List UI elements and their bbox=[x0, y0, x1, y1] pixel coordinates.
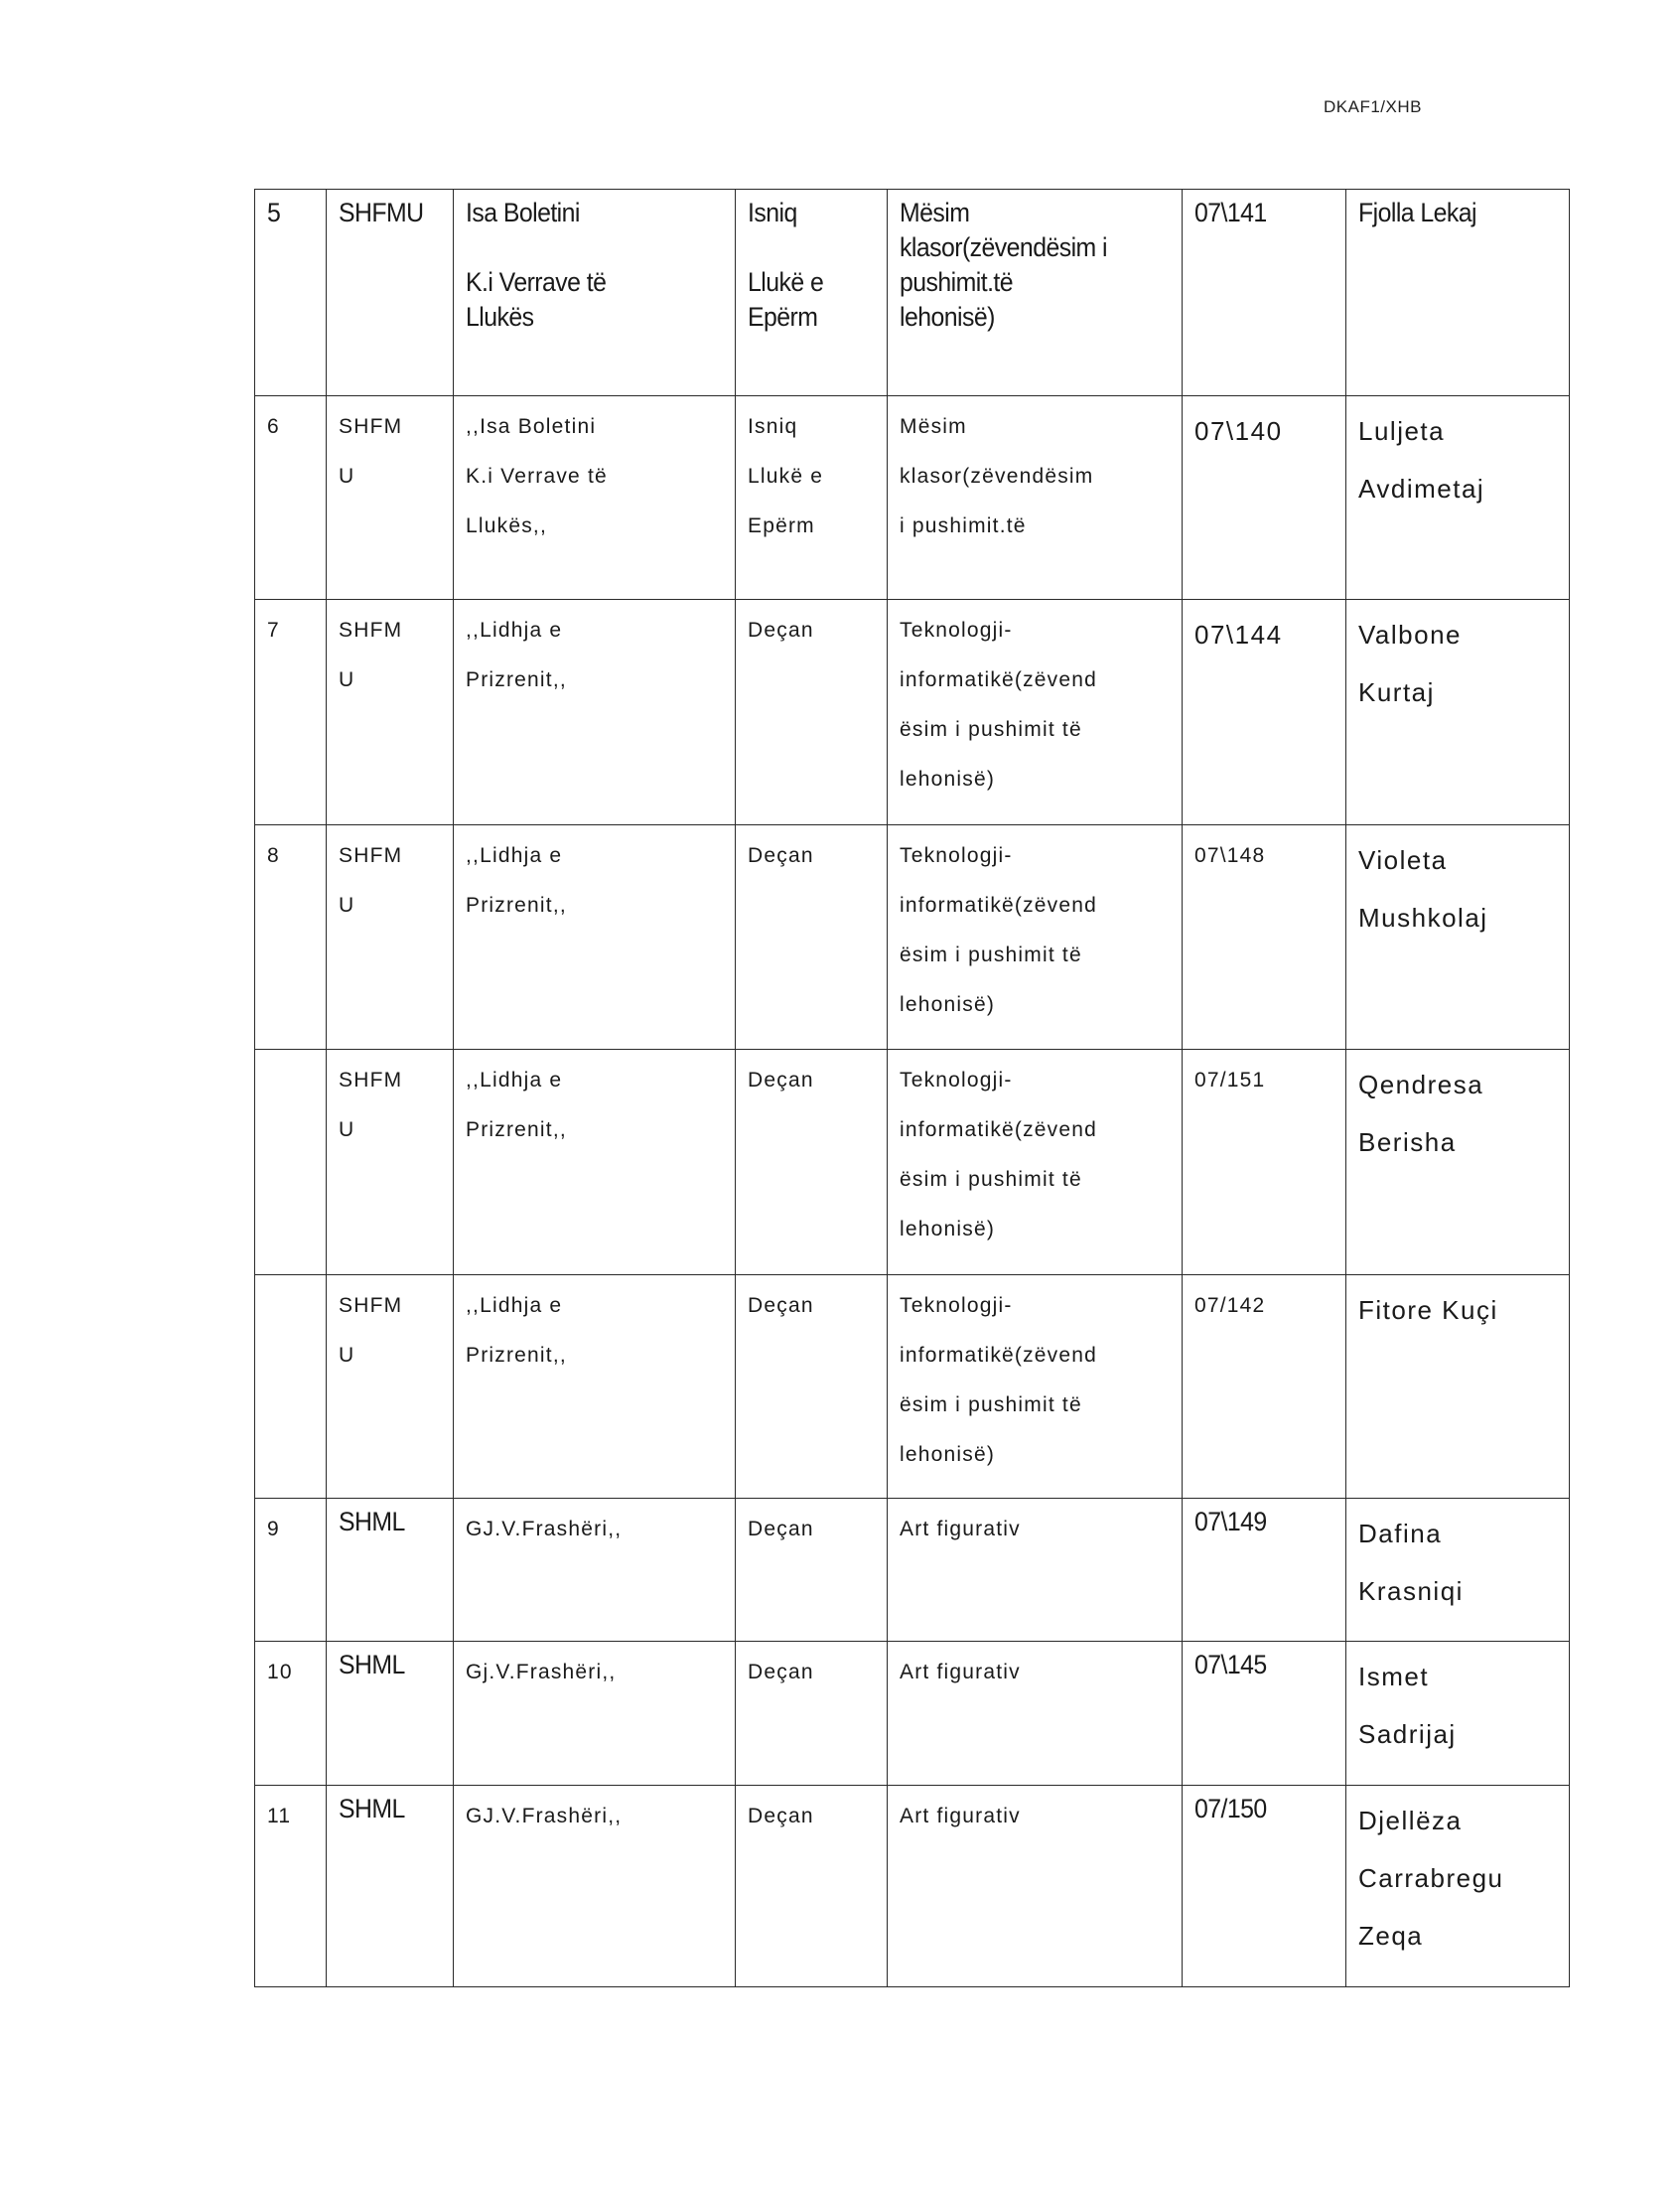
cell-text-line: Carrabregu bbox=[1358, 1849, 1557, 1907]
cell-text-line: 07/151 bbox=[1194, 1056, 1333, 1105]
table-row: SHFMU,,Lidhja ePrizrenit,,DeçanTeknologj… bbox=[255, 1050, 1570, 1275]
cell-text-line: Prizrenit,, bbox=[466, 655, 723, 705]
cell-text-line: Art figurativ bbox=[900, 1648, 1170, 1697]
cell-text-line: klasor(zëvendësim bbox=[900, 452, 1170, 502]
cell-text-line: Epërm bbox=[748, 502, 875, 551]
cell-number: 6 bbox=[255, 396, 327, 600]
cell-text-line: ,,Lidhja e bbox=[466, 1281, 723, 1331]
cell-text-line: pushimit.të bbox=[900, 265, 1148, 300]
table-row: SHFMU,,Lidhja ePrizrenit,,DeçanTeknologj… bbox=[255, 1275, 1570, 1499]
cell-text-line: U bbox=[339, 881, 441, 931]
cell-text-line: lehonisë) bbox=[900, 300, 1148, 335]
cell-location: Deçan bbox=[736, 825, 888, 1050]
cell-text-line: 10 bbox=[267, 1648, 314, 1697]
cell-subject: Teknologji-informatikë(zëvendësim i push… bbox=[888, 1275, 1183, 1499]
cell-text-line: Deçan bbox=[748, 1792, 875, 1841]
cell-number bbox=[255, 1050, 327, 1275]
cell-text-line: informatikë(zëvend bbox=[900, 1331, 1170, 1381]
cell-text-line: Avdimetaj bbox=[1358, 460, 1557, 517]
cell-person-name: QendresaBerisha bbox=[1346, 1050, 1570, 1275]
cell-text-line: Isniq bbox=[748, 196, 865, 230]
cell-text-line: ësim i pushimit të bbox=[900, 705, 1170, 755]
cell-person-name: DafinaKrasniqi bbox=[1346, 1499, 1570, 1642]
cell-text-line: SHFM bbox=[339, 831, 441, 881]
cell-text-line: Krasniqi bbox=[1358, 1562, 1557, 1620]
cell-text-line: ,,Isa Boletini bbox=[466, 402, 723, 452]
cell-text-line: Luljeta bbox=[1358, 402, 1557, 460]
cell-school-name: Gj.V.Frashëri,, bbox=[454, 1642, 736, 1786]
cell-school-name: GJ.V.Frashëri,, bbox=[454, 1499, 736, 1642]
table-row: 8SHFMU,,Lidhja ePrizrenit,,DeçanTeknolog… bbox=[255, 825, 1570, 1050]
cell-text-line: Violeta bbox=[1358, 831, 1557, 889]
cell-subject: Teknologji-informatikë(zëvendësim i push… bbox=[888, 600, 1183, 825]
cell-text-line: Llukës bbox=[466, 300, 702, 335]
cell-reference: 07/151 bbox=[1183, 1050, 1346, 1275]
cell-person-name: Fitore Kuçi bbox=[1346, 1275, 1570, 1499]
cell-text-line: ,,Lidhja e bbox=[466, 606, 723, 655]
cell-subject: Art figurativ bbox=[888, 1786, 1183, 1987]
cell-location: Deçan bbox=[736, 1786, 888, 1987]
cell-number: 10 bbox=[255, 1642, 327, 1786]
cell-text-line: Fjolla Lekaj bbox=[1358, 196, 1541, 230]
cell-text-line: 07\148 bbox=[1194, 831, 1333, 881]
cell-school-type: SHFMU bbox=[327, 825, 454, 1050]
cell-text-line: Isniq bbox=[748, 402, 875, 452]
cell-location: Deçan bbox=[736, 1499, 888, 1642]
cell-text-line: Mësim bbox=[900, 196, 1148, 230]
cell-text-line: Gj.V.Frashëri,, bbox=[466, 1648, 723, 1697]
cell-text-line: SHFM bbox=[339, 606, 441, 655]
cell-school-type: SHFMU bbox=[327, 190, 454, 396]
cell-text-line: U bbox=[339, 1105, 441, 1155]
cell-location: Isniq Llukë eEpërm bbox=[736, 190, 888, 396]
cell-text-line: Qendresa bbox=[1358, 1056, 1557, 1113]
cell-subject: Mësimklasor(zëvendësim ipushimit.tëlehon… bbox=[888, 190, 1183, 396]
cell-reference: 07\141 bbox=[1183, 190, 1346, 396]
cell-text-line: Fitore Kuçi bbox=[1358, 1281, 1557, 1339]
cell-location: Deçan bbox=[736, 600, 888, 825]
cell-text-line: Sadrijaj bbox=[1358, 1705, 1557, 1763]
cell-text-line: U bbox=[339, 452, 441, 502]
cell-text-line: GJ.V.Frashëri,, bbox=[466, 1505, 723, 1554]
cell-school-type: SHFMU bbox=[327, 1275, 454, 1499]
cell-text-line bbox=[267, 1281, 314, 1331]
cell-text-line: Llukë e bbox=[748, 265, 865, 300]
cell-reference: 07\144 bbox=[1183, 600, 1346, 825]
cell-text-line: Mësim bbox=[900, 402, 1170, 452]
cell-text-line: SHFM bbox=[339, 402, 441, 452]
table-row: 9SHMLGJ.V.Frashëri,,DeçanArt figurativ07… bbox=[255, 1499, 1570, 1642]
cell-subject: Mësimklasor(zëvendësimi pushimit.të bbox=[888, 396, 1183, 600]
cell-text-line: 07\149 bbox=[1194, 1505, 1323, 1539]
cell-number: 5 bbox=[255, 190, 327, 396]
cell-school-name: ,,Lidhja ePrizrenit,, bbox=[454, 825, 736, 1050]
cell-text-line: Prizrenit,, bbox=[466, 1105, 723, 1155]
cell-text-line: i pushimit.të bbox=[900, 502, 1170, 551]
cell-text-line: Valbone bbox=[1358, 606, 1557, 663]
cell-text-line: Prizrenit,, bbox=[466, 1331, 723, 1381]
cell-text-line: 07\140 bbox=[1194, 402, 1333, 460]
cell-number bbox=[255, 1275, 327, 1499]
cell-text-line: Djellëza bbox=[1358, 1792, 1557, 1849]
cell-text-line: lehonisë) bbox=[900, 1205, 1170, 1254]
cell-text-line: informatikë(zëvend bbox=[900, 881, 1170, 931]
cell-school-name: ,,Lidhja ePrizrenit,, bbox=[454, 600, 736, 825]
table-row: 11SHMLGJ.V.Frashëri,,DeçanArt figurativ0… bbox=[255, 1786, 1570, 1987]
cell-text-line: Teknologji- bbox=[900, 606, 1170, 655]
cell-school-name: ,,Isa BoletiniK.i Verrave tëLlukës,, bbox=[454, 396, 736, 600]
cell-reference: 07\148 bbox=[1183, 825, 1346, 1050]
cell-school-name: GJ.V.Frashëri,, bbox=[454, 1786, 736, 1987]
cell-text-line: GJ.V.Frashëri,, bbox=[466, 1792, 723, 1841]
appointments-table: 5SHFMUIsa Boletini K.i Verrave tëLlukësI… bbox=[254, 189, 1570, 1987]
cell-text-line bbox=[267, 1056, 314, 1105]
cell-text-line: Deçan bbox=[748, 606, 875, 655]
cell-text-line: ,,Lidhja e bbox=[466, 831, 723, 881]
cell-text-line: klasor(zëvendësim i bbox=[900, 230, 1148, 265]
cell-text-line bbox=[748, 230, 865, 265]
cell-number: 7 bbox=[255, 600, 327, 825]
cell-text-line: Berisha bbox=[1358, 1113, 1557, 1171]
cell-text-line: 07\141 bbox=[1194, 196, 1323, 230]
cell-text-line: 07\144 bbox=[1194, 606, 1333, 663]
cell-text-line: Ismet bbox=[1358, 1648, 1557, 1705]
cell-text-line: 7 bbox=[267, 606, 314, 655]
cell-text-line: Deçan bbox=[748, 1281, 875, 1331]
cell-text-line bbox=[466, 230, 702, 265]
table-row: 7SHFMU,,Lidhja ePrizrenit,,DeçanTeknolog… bbox=[255, 600, 1570, 825]
cell-school-name: Isa Boletini K.i Verrave tëLlukës bbox=[454, 190, 736, 396]
cell-text-line: K.i Verrave të bbox=[466, 265, 702, 300]
cell-text-line: U bbox=[339, 1331, 441, 1381]
cell-subject: Teknologji-informatikë(zëvendësim i push… bbox=[888, 825, 1183, 1050]
cell-text-line: 11 bbox=[267, 1792, 314, 1841]
cell-text-line: U bbox=[339, 655, 441, 705]
cell-school-name: ,,Lidhja ePrizrenit,, bbox=[454, 1050, 736, 1275]
cell-person-name: Fjolla Lekaj bbox=[1346, 190, 1570, 396]
cell-text-line: lehonisë) bbox=[900, 980, 1170, 1030]
table-row: 6SHFMU,,Isa BoletiniK.i Verrave tëLlukës… bbox=[255, 396, 1570, 600]
cell-text-line: Deçan bbox=[748, 1648, 875, 1697]
cell-location: Deçan bbox=[736, 1275, 888, 1499]
cell-text-line: 6 bbox=[267, 402, 314, 452]
cell-text-line: Teknologji- bbox=[900, 831, 1170, 881]
cell-text-line: Deçan bbox=[748, 831, 875, 881]
table-row: 5SHFMUIsa Boletini K.i Verrave tëLlukësI… bbox=[255, 190, 1570, 396]
cell-person-name: LuljetaAvdimetaj bbox=[1346, 396, 1570, 600]
cell-reference: 07\149 bbox=[1183, 1499, 1346, 1642]
cell-subject: Art figurativ bbox=[888, 1642, 1183, 1786]
table-row: 10SHMLGj.V.Frashëri,,DeçanArt figurativ0… bbox=[255, 1642, 1570, 1786]
cell-location: IsniqLlukë eEpërm bbox=[736, 396, 888, 600]
cell-reference: 07\140 bbox=[1183, 396, 1346, 600]
cell-text-line: Llukës,, bbox=[466, 502, 723, 551]
cell-text-line: ,,Lidhja e bbox=[466, 1056, 723, 1105]
cell-number: 9 bbox=[255, 1499, 327, 1642]
cell-location: Deçan bbox=[736, 1050, 888, 1275]
cell-text-line: Art figurativ bbox=[900, 1792, 1170, 1841]
cell-text-line: 9 bbox=[267, 1505, 314, 1554]
cell-text-line: SHML bbox=[339, 1505, 433, 1539]
cell-text-line: 07/142 bbox=[1194, 1281, 1333, 1331]
cell-text-line: Kurtaj bbox=[1358, 663, 1557, 721]
cell-school-type: SHML bbox=[327, 1642, 454, 1786]
cell-subject: Art figurativ bbox=[888, 1499, 1183, 1642]
cell-person-name: DjellëzaCarrabreguZeqa bbox=[1346, 1786, 1570, 1987]
cell-reference: 07\145 bbox=[1183, 1642, 1346, 1786]
cell-text-line: Prizrenit,, bbox=[466, 881, 723, 931]
cell-text-line: 8 bbox=[267, 831, 314, 881]
cell-text-line: Llukë e bbox=[748, 452, 875, 502]
cell-school-type: SHFMU bbox=[327, 1050, 454, 1275]
cell-text-line: SHFM bbox=[339, 1281, 441, 1331]
cell-person-name: ValboneKurtaj bbox=[1346, 600, 1570, 825]
cell-text-line: K.i Verrave të bbox=[466, 452, 723, 502]
cell-location: Deçan bbox=[736, 1642, 888, 1786]
cell-text-line: Dafina bbox=[1358, 1505, 1557, 1562]
cell-text-line: SHML bbox=[339, 1792, 433, 1826]
cell-subject: Teknologji-informatikë(zëvendësim i push… bbox=[888, 1050, 1183, 1275]
cell-text-line: Mushkolaj bbox=[1358, 889, 1557, 947]
cell-text-line: SHFM bbox=[339, 1056, 441, 1105]
cell-text-line: Epërm bbox=[748, 300, 865, 335]
cell-reference: 07/142 bbox=[1183, 1275, 1346, 1499]
cell-reference: 07/150 bbox=[1183, 1786, 1346, 1987]
cell-text-line: 07\145 bbox=[1194, 1648, 1323, 1682]
cell-text-line: lehonisë) bbox=[900, 755, 1170, 804]
cell-text-line: SHFMU bbox=[339, 196, 433, 230]
cell-text-line: Deçan bbox=[748, 1505, 875, 1554]
cell-text-line: Teknologji- bbox=[900, 1281, 1170, 1331]
cell-school-type: SHFMU bbox=[327, 396, 454, 600]
cell-text-line: SHML bbox=[339, 1648, 433, 1682]
cell-text-line: ësim i pushimit të bbox=[900, 931, 1170, 980]
cell-text-line: Zeqa bbox=[1358, 1907, 1557, 1965]
table-body: 5SHFMUIsa Boletini K.i Verrave tëLlukësI… bbox=[255, 190, 1570, 1987]
cell-person-name: VioletaMushkolaj bbox=[1346, 825, 1570, 1050]
cell-text-line: ësim i pushimit të bbox=[900, 1381, 1170, 1430]
cell-number: 8 bbox=[255, 825, 327, 1050]
cell-text-line: Deçan bbox=[748, 1056, 875, 1105]
cell-text-line: 07/150 bbox=[1194, 1792, 1323, 1826]
cell-text-line: lehonisë) bbox=[900, 1430, 1170, 1480]
cell-text-line: Teknologji- bbox=[900, 1056, 1170, 1105]
cell-text-line: informatikë(zëvend bbox=[900, 655, 1170, 705]
cell-person-name: IsmetSadrijaj bbox=[1346, 1642, 1570, 1786]
document-code: DKAF1/XHB bbox=[1324, 97, 1422, 117]
cell-school-name: ,,Lidhja ePrizrenit,, bbox=[454, 1275, 736, 1499]
cell-text-line: ësim i pushimit të bbox=[900, 1155, 1170, 1205]
cell-text-line: 5 bbox=[267, 196, 310, 230]
cell-school-type: SHML bbox=[327, 1786, 454, 1987]
cell-number: 11 bbox=[255, 1786, 327, 1987]
cell-text-line: Isa Boletini bbox=[466, 196, 702, 230]
cell-text-line: informatikë(zëvend bbox=[900, 1105, 1170, 1155]
cell-school-type: SHML bbox=[327, 1499, 454, 1642]
cell-text-line: Art figurativ bbox=[900, 1505, 1170, 1554]
cell-school-type: SHFMU bbox=[327, 600, 454, 825]
